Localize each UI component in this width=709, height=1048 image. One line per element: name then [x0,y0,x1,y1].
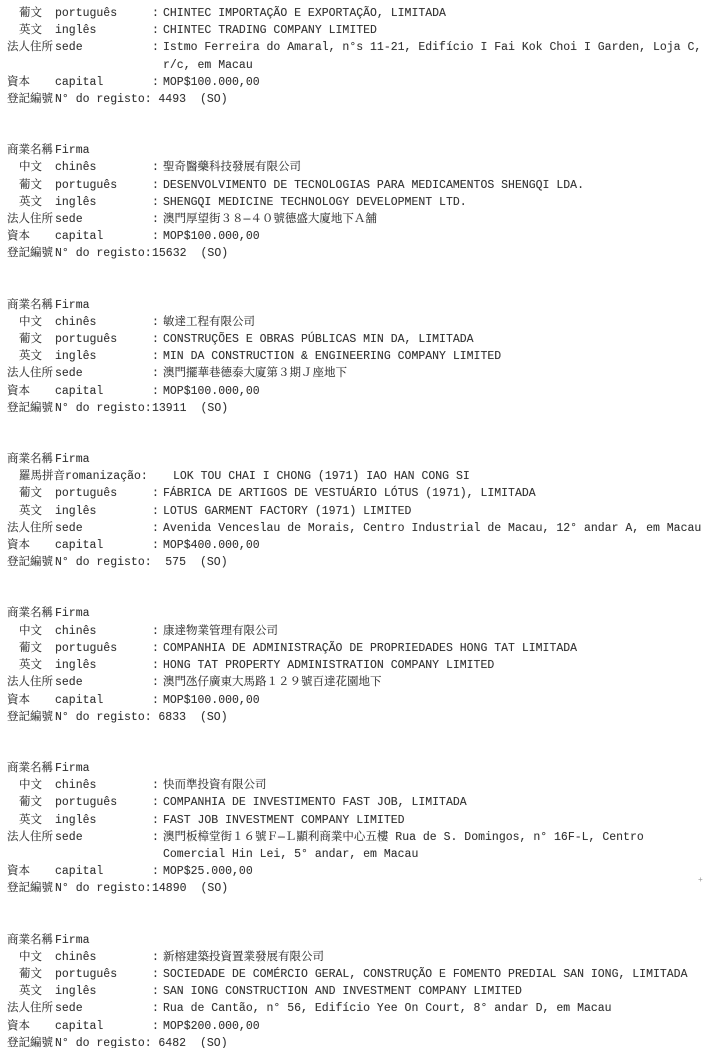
field-label-pt: chinês [55,949,152,966]
field-row: 英文inglês:MIN DA CONSTRUCTION & ENGINEERI… [0,348,709,365]
field-row: 商業名稱Firma [0,932,709,949]
field-row: 法人住所sede:澳門板樟堂街１６號Ｆ—Ｌ顯利商業中心五樓 Rua de S. … [0,829,709,846]
field-label-pt: português [55,177,152,194]
field-label-zh: 英文 [0,657,55,674]
field-row: 葡文português:SOCIEDADE DE COMÉRCIO GERAL,… [0,966,709,983]
field-label-pt: português [55,331,152,348]
field-label-zh: 法人住所 [0,211,55,228]
field-value: 聖奇醫藥科技發展有限公司 [163,159,301,176]
indent-spacer [55,846,152,863]
field-label-zh: 資本 [0,228,55,245]
field-label-pt: capital [55,692,152,709]
field-value: MIN DA CONSTRUCTION & ENGINEERING COMPAN… [163,348,501,365]
field-label-pt: inglês [55,812,152,829]
field-row: 資本capital:MOP$100.000,00 [0,228,709,245]
registry-entry: 商業名稱Firma中文chinês:聖奇醫藥科技發展有限公司葡文portuguê… [0,142,709,262]
field-label-pt: sede [55,211,152,228]
field-label-zh: 英文 [0,983,55,1000]
registry-type-code: (SO) [201,245,229,262]
field-row: 英文inglês:LOTUS GARMENT FACTORY (1971) LI… [0,503,709,520]
field-label-zh: 資本 [0,537,55,554]
field-row: 商業名稱Firma [0,297,709,314]
field-row: 中文chinês:聖奇醫藥科技發展有限公司 [0,159,709,176]
field-row: 中文chinês:敏達工程有限公司 [0,314,709,331]
field-label-zh: 法人住所 [0,39,55,56]
registration-row: 登記編號N° do registo:4493(SO) [0,91,709,108]
colon-separator: : [152,348,163,365]
field-label-pt: N° do registo: [55,245,152,262]
field-value: Istmo Ferreira do Amaral, n°s 11-21, Edi… [163,39,701,56]
colon-separator: : [152,74,163,91]
field-value: r/c, em Macau [163,57,253,74]
field-row: 葡文português:COMPANHIA DE ADMINISTRAÇÃO D… [0,640,709,657]
field-label-zh: 葡文 [0,5,55,22]
colon-separator: : [152,537,163,554]
field-value: 澳門擺華巷德泰大廈第３期Ｊ座地下 [163,365,347,382]
field-label-pt: inglês [55,22,152,39]
indent-spacer [0,846,55,863]
field-label-zh: 中文 [0,623,55,640]
field-row: 中文chinês:新榕建築投資置業發展有限公司 [0,949,709,966]
registration-number: 6833 [152,709,186,726]
field-row: 羅馬拼音romanização:LOK TOU CHAI I CHONG (19… [0,468,709,485]
field-label-zh: 資本 [0,1018,55,1035]
field-label-zh: 英文 [0,194,55,211]
field-row: 商業名稱Firma [0,142,709,159]
colon-separator: : [152,194,163,211]
colon-separator: : [152,812,163,829]
registration-number: 575 [152,554,186,571]
field-label-zh: 商業名稱 [0,142,55,159]
colon-separator: : [152,211,163,228]
field-value: 澳門氹仔廣東大馬路１２９號百達花園地下 [163,674,382,691]
field-label-zh: 資本 [0,383,55,400]
field-label-pt: inglês [55,348,152,365]
field-row: 資本capital:MOP$100.000,00 [0,74,709,91]
colon-separator: : [152,674,163,691]
field-row: 葡文português:CHINTEC IMPORTAÇÃO E EXPORTA… [0,5,709,22]
field-label-zh: 英文 [0,22,55,39]
field-row: 中文chinês:快而準投資有限公司 [0,777,709,794]
field-label-zh: 法人住所 [0,520,55,537]
registry-entry: 商業名稱Firma中文chinês:新榕建築投資置業發展有限公司葡文portug… [0,932,709,1048]
field-value: 澳門板樟堂街１６號Ｆ—Ｌ顯利商業中心五樓 Rua de S. Domingos,… [163,829,644,846]
field-row: 法人住所sede:澳門厚望街３８—４０號德盛大廈地下Ａ舖 [0,211,709,228]
company-registry-page: 葡文português:CHINTEC IMPORTAÇÃO E EXPORTA… [0,0,709,1048]
field-label-pt: capital [55,383,152,400]
colon-separator: : [152,314,163,331]
field-label-zh: 葡文 [0,177,55,194]
field-label-pt: português [55,640,152,657]
field-label-zh: 登記編號 [0,1035,55,1048]
field-value: LOTUS GARMENT FACTORY (1971) LIMITED [163,503,411,520]
field-label-pt: sede [55,829,152,846]
field-value: CHINTEC IMPORTAÇÃO E EXPORTAÇÃO, LIMITAD… [163,5,446,22]
colon-separator: : [152,520,163,537]
field-label-zh: 葡文 [0,331,55,348]
field-label-pt: inglês [55,657,152,674]
field-row: 法人住所sede:澳門擺華巷德泰大廈第３期Ｊ座地下 [0,365,709,382]
field-label-zh: 登記編號 [0,400,55,417]
field-row: 葡文português:COMPANHIA DE INVESTIMENTO FA… [0,794,709,811]
registry-entry: 商業名稱Firma中文chinês:康達物業管理有限公司葡文português:… [0,605,709,725]
field-label-zh: 法人住所 [0,829,55,846]
field-value: DESENVOLVIMENTO DE TECNOLOGIAS PARA MEDI… [163,177,584,194]
field-label-zh: 資本 [0,692,55,709]
field-value: MOP$200.000,00 [163,1018,260,1035]
scan-artifact: + [698,878,705,890]
field-label-zh: 商業名稱 [0,451,55,468]
field-label-zh: 商業名稱 [0,297,55,314]
field-label-pt: N° do registo: [55,880,152,897]
field-row: 法人住所sede:Avenida Venceslau de Morais, Ce… [0,520,709,537]
field-label-zh: 葡文 [0,640,55,657]
registration-number: 13911 [152,400,187,417]
field-label-pt: Firma [55,297,152,314]
field-label-pt: capital [55,537,152,554]
field-label-zh: 中文 [0,314,55,331]
colon-separator: : [152,1000,163,1017]
field-row: 中文chinês:康達物業管理有限公司 [0,623,709,640]
field-label-pt: N° do registo: [55,1035,152,1048]
field-value: 新榕建築投資置業發展有限公司 [163,949,324,966]
field-row: 法人住所sede:澳門氹仔廣東大馬路１２９號百達花園地下 [0,674,709,691]
colon-separator: : [152,1018,163,1035]
field-label-pt: capital [55,74,152,91]
field-value: MOP$100.000,00 [163,692,260,709]
field-value: COMPANHIA DE ADMINISTRAÇÃO DE PROPRIEDAD… [163,640,577,657]
field-value-continuation-row: r/c, em Macau [0,57,709,74]
field-value: Rua de Cantão, n° 56, Edifício Yee On Co… [163,1000,612,1017]
colon-separator: : [152,949,163,966]
colon-separator: : [152,966,163,983]
field-value: MOP$100.000,00 [163,228,260,245]
field-label-pt: sede [55,39,152,56]
field-label-zh: 法人住所 [0,674,55,691]
field-label-pt: Firma [55,932,152,949]
field-value: MOP$100.000,00 [163,74,260,91]
field-label-pt: Firma [55,605,152,622]
field-label-zh: 登記編號 [0,554,55,571]
field-label-pt: chinês [55,159,152,176]
indent-spacer [152,846,163,863]
field-value: 敏達工程有限公司 [163,314,255,331]
colon-separator: : [152,692,163,709]
field-label-pt: N° do registo: [55,400,152,417]
field-value: 康達物業管理有限公司 [163,623,278,640]
colon-separator: : [152,794,163,811]
field-label-pt: português [55,485,152,502]
colon-separator: : [152,5,163,22]
field-label-zh: 羅馬拼音 [0,468,65,485]
field-row: 葡文português:DESENVOLVIMENTO DE TECNOLOGI… [0,177,709,194]
field-label-zh: 資本 [0,74,55,91]
field-label-pt: romanização: [65,468,162,485]
field-label-pt: português [55,794,152,811]
field-row: 英文inglês:HONG TAT PROPERTY ADMINISTRATIO… [0,657,709,674]
field-label-pt: N° do registo: [55,554,152,571]
field-row: 資本capital:MOP$400.000,00 [0,537,709,554]
registration-number: 14890 [152,880,187,897]
colon-separator: : [152,503,163,520]
field-label-zh: 中文 [0,777,55,794]
field-label-pt: Firma [55,142,152,159]
field-row: 英文inglês:SHENGQI MEDICINE TECHNOLOGY DEV… [0,194,709,211]
colon-separator: : [152,983,163,1000]
field-value: FÁBRICA DE ARTIGOS DE VESTUÁRIO LÓTUS (1… [163,485,536,502]
field-value: SAN IONG CONSTRUCTION AND INVESTMENT COM… [163,983,522,1000]
field-label-zh: 登記編號 [0,709,55,726]
registration-row: 登記編號N° do registo:13911(SO) [0,400,709,417]
field-value: MOP$100.000,00 [163,383,260,400]
field-value: CHINTEC TRADING COMPANY LIMITED [163,22,377,39]
field-label-pt: sede [55,674,152,691]
registry-type-code: (SO) [200,709,228,726]
field-label-zh: 商業名稱 [0,932,55,949]
field-row: 商業名稱Firma [0,605,709,622]
field-row: 法人住所sede:Rua de Cantão, n° 56, Edifício … [0,1000,709,1017]
field-row: 商業名稱Firma [0,760,709,777]
field-label-pt: inglês [55,983,152,1000]
field-value: COMPANHIA DE INVESTIMENTO FAST JOB, LIMI… [163,794,467,811]
field-value: LOK TOU CHAI I CHONG (1971) IAO HAN CONG… [173,468,470,485]
field-value: 澳門厚望街３８—４０號德盛大廈地下Ａ舖 [163,211,377,228]
field-row: 英文inglês:SAN IONG CONSTRUCTION AND INVES… [0,983,709,1000]
colon-separator: : [152,331,163,348]
field-row: 資本capital:MOP$25.000,00 [0,863,709,880]
registration-number: 4493 [152,91,186,108]
registration-row: 登記編號N° do registo:6833(SO) [0,709,709,726]
registry-type-code: (SO) [201,400,229,417]
field-label-zh: 商業名稱 [0,760,55,777]
field-value: SOCIEDADE DE COMÉRCIO GERAL, CONSTRUÇÃO … [163,966,688,983]
registration-row: 登記編號N° do registo:15632(SO) [0,245,709,262]
field-label-zh: 商業名稱 [0,605,55,622]
indent-spacer [0,57,55,74]
field-label-pt: inglês [55,503,152,520]
colon-separator: : [152,365,163,382]
field-label-pt: N° do registo: [55,709,152,726]
field-value: HONG TAT PROPERTY ADMINISTRATION COMPANY… [163,657,494,674]
colon-separator: : [152,177,163,194]
field-label-zh: 法人住所 [0,365,55,382]
field-value: Comercial Hin Lei, 5° andar, em Macau [163,846,418,863]
field-label-pt: Firma [55,760,152,777]
field-label-pt: sede [55,1000,152,1017]
field-label-pt: sede [55,520,152,537]
field-label-pt: português [55,966,152,983]
colon-separator: : [152,640,163,657]
colon-separator: : [152,657,163,674]
field-value: Avenida Venceslau de Morais, Centro Indu… [163,520,701,537]
registration-number: 6482 [152,1035,186,1048]
field-label-pt: português [55,5,152,22]
field-row: 英文inglês:FAST JOB INVESTMENT COMPANY LIM… [0,812,709,829]
registry-entry: 商業名稱Firma羅馬拼音romanização:LOK TOU CHAI I … [0,451,709,571]
field-label-pt: capital [55,1018,152,1035]
field-value: 快而準投資有限公司 [163,777,267,794]
registration-row: 登記編號N° do registo:575(SO) [0,554,709,571]
colon-separator: : [152,159,163,176]
colon-separator: : [152,485,163,502]
field-label-zh: 葡文 [0,485,55,502]
field-label-zh: 登記編號 [0,880,55,897]
field-label-zh: 中文 [0,949,55,966]
registry-entry: 商業名稱Firma中文chinês:敏達工程有限公司葡文português:CO… [0,297,709,417]
field-row: 資本capital:MOP$200.000,00 [0,1018,709,1035]
field-label-pt: chinês [55,314,152,331]
colon-separator: : [152,228,163,245]
field-label-pt: inglês [55,194,152,211]
field-label-zh: 英文 [0,503,55,520]
field-label-zh: 法人住所 [0,1000,55,1017]
field-label-zh: 登記編號 [0,245,55,262]
colon-separator: : [152,383,163,400]
colon-separator: : [152,39,163,56]
registry-type-code: (SO) [200,1035,228,1048]
registry-type-code: (SO) [200,91,228,108]
field-label-pt: chinês [55,623,152,640]
colon-separator [162,468,173,485]
field-label-zh: 登記編號 [0,91,55,108]
colon-separator: : [152,623,163,640]
field-row: 資本capital:MOP$100.000,00 [0,692,709,709]
field-value: FAST JOB INVESTMENT COMPANY LIMITED [163,812,405,829]
indent-spacer [55,57,152,74]
indent-spacer [152,57,163,74]
field-row: 英文inglês:CHINTEC TRADING COMPANY LIMITED [0,22,709,39]
registry-type-code: (SO) [201,880,229,897]
colon-separator: : [152,777,163,794]
registration-number: 15632 [152,245,187,262]
field-label-zh: 葡文 [0,966,55,983]
field-label-pt: sede [55,365,152,382]
colon-separator: : [152,829,163,846]
registry-entry: 商業名稱Firma中文chinês:快而準投資有限公司葡文português:C… [0,760,709,898]
field-row: 葡文português:CONSTRUÇÕES E OBRAS PÚBLICAS… [0,331,709,348]
field-label-zh: 資本 [0,863,55,880]
colon-separator: : [152,863,163,880]
registry-entry: 葡文português:CHINTEC IMPORTAÇÃO E EXPORTA… [0,5,709,108]
field-value-continuation-row: Comercial Hin Lei, 5° andar, em Macau [0,846,709,863]
field-label-pt: Firma [55,451,152,468]
field-label-pt: capital [55,863,152,880]
field-label-zh: 葡文 [0,794,55,811]
registry-type-code: (SO) [200,554,228,571]
field-value: MOP$25.000,00 [163,863,253,880]
field-value: CONSTRUÇÕES E OBRAS PÚBLICAS MIN DA, LIM… [163,331,474,348]
field-value: SHENGQI MEDICINE TECHNOLOGY DEVELOPMENT … [163,194,467,211]
field-label-zh: 英文 [0,348,55,365]
field-row: 資本capital:MOP$100.000,00 [0,383,709,400]
field-row: 法人住所sede:Istmo Ferreira do Amaral, n°s 1… [0,39,709,56]
field-label-pt: chinês [55,777,152,794]
field-value: MOP$400.000,00 [163,537,260,554]
field-label-zh: 英文 [0,812,55,829]
field-row: 葡文português:FÁBRICA DE ARTIGOS DE VESTUÁ… [0,485,709,502]
field-label-zh: 中文 [0,159,55,176]
registration-row: 登記編號N° do registo:14890(SO) [0,880,709,897]
field-label-pt: capital [55,228,152,245]
registration-row: 登記編號N° do registo:6482(SO) [0,1035,709,1048]
field-label-pt: N° do registo: [55,91,152,108]
colon-separator: : [152,22,163,39]
field-row: 商業名稱Firma [0,451,709,468]
